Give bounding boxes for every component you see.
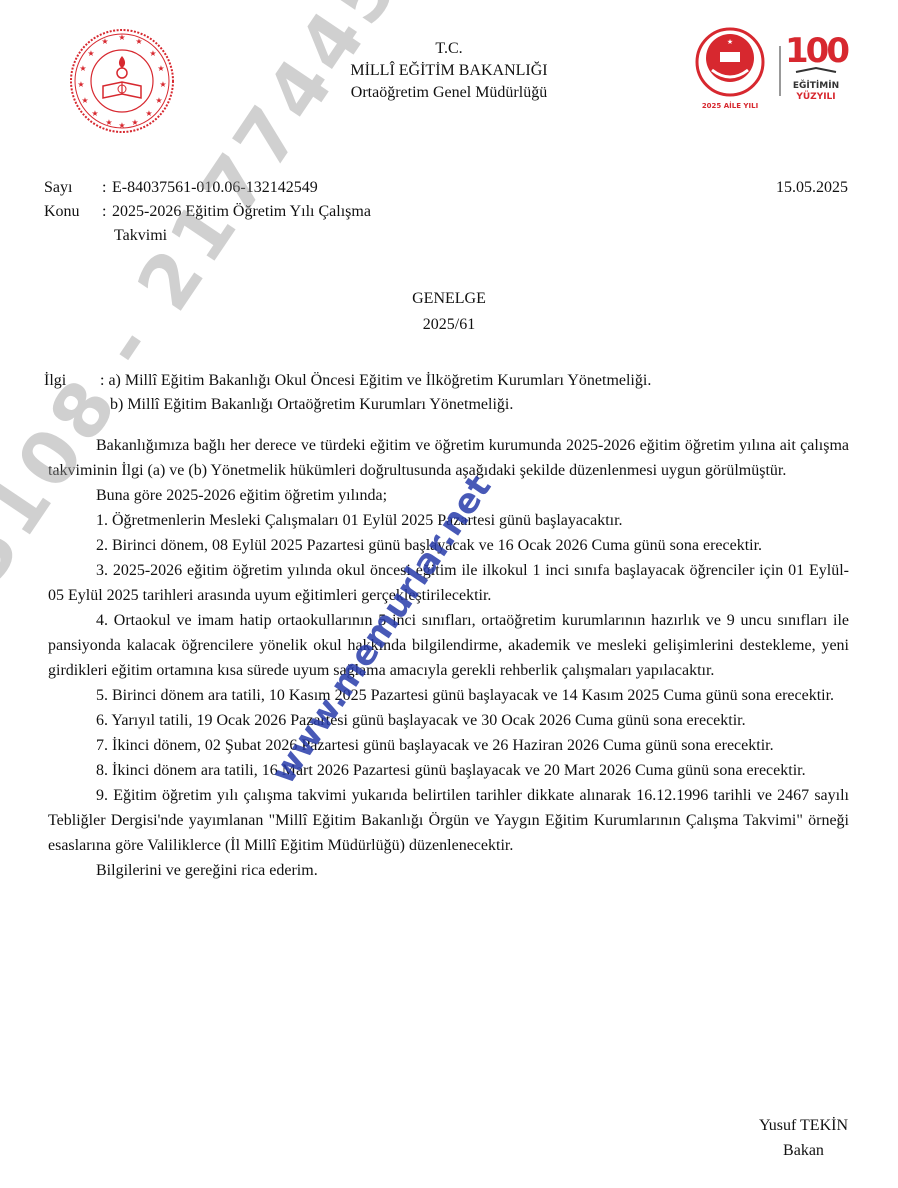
genelge-heading: GENELGE 2025/61 [0,286,898,338]
svg-text:★: ★ [91,109,98,118]
document-meta: Sayı:E-84037561-010.06-132142549 Konu:20… [44,176,371,248]
sayi-value: E-84037561-010.06-132142549 [112,179,318,196]
svg-text:★: ★ [131,118,138,127]
svg-text:2025 AİLE YILI: 2025 AİLE YILI [702,101,758,110]
svg-text:EĞİTİMİN: EĞİTİMİN [793,79,839,91]
ilgi-label: İlgi [44,369,100,393]
body-closing: Bilgilerini ve gereğini rica ederim. [48,858,849,883]
konu-label: Konu [44,200,102,224]
konu-row: Konu:2025-2026 Eğitim Öğretim Yılı Çalış… [44,200,371,224]
svg-text:YÜZYILI: YÜZYILI [795,91,835,102]
document-date: 15.05.2025 [776,176,848,200]
ilgi-a: a) Millî Eğitim Bakanlığı Okul Öncesi Eğ… [108,372,651,389]
body-paragraph-intro: Bakanlığımıza bağlı her derece ve türdek… [48,433,849,483]
body-item-7: 7. İkinci dönem, 02 Şubat 2026 Pazartesi… [48,733,849,758]
signatory-name: Yusuf TEKİN [759,1113,848,1138]
konu-value-line2: Takvimi [114,227,167,244]
ilgi-colon: : [100,372,104,389]
genelge-title: GENELGE [0,286,898,312]
svg-text:★: ★ [105,118,112,127]
sayi-label: Sayı [44,176,102,200]
svg-text:★: ★ [118,121,125,130]
svg-text:★: ★ [145,109,152,118]
ilgi-b: b) Millî Eğitim Bakanlığı Ortaöğretim Ku… [44,393,651,417]
konu-row-continued: Takvimi [44,224,371,248]
body-item-4: 4. Ortaokul ve imam hatip ortaokullarını… [48,608,849,683]
konu-value-line1: 2025-2026 Eğitim Öğretim Yılı Çalışma [112,203,371,220]
body-item-6: 6. Yarıyıl tatili, 19 Ocak 2026 Pazartes… [48,708,849,733]
body-item-1: 1. Öğretmenlerin Mesleki Çalışmaları 01 … [48,508,849,533]
body-item-9: 9. Eğitim öğretim yılı çalışma takvimi y… [48,783,849,858]
signature-block: Yusuf TEKİN Bakan [759,1113,848,1163]
svg-text:★: ★ [727,38,733,46]
body-item-8: 8. İkinci dönem ara tatili, 16 Mart 2026… [48,758,849,783]
sayi-colon: : [102,176,112,200]
svg-text:100: 100 [785,31,849,71]
body-item-5: 5. Birinci dönem ara tatili, 10 Kasım 20… [48,683,849,708]
document-page: ★ ★ ★ ★ ★ ★ ★ ★ ★ ★ ★ ★ ★ ★ ★ ★ T.C. MİL… [0,0,898,1188]
genelge-number: 2025/61 [0,312,898,338]
signatory-title: Bakan [759,1138,848,1163]
sayi-row: Sayı:E-84037561-010.06-132142549 [44,176,371,200]
body-item-3: 3. 2025-2026 eğitim öğretim yılında okul… [48,558,849,608]
document-body: Bakanlığımıza bağlı her derece ve türdek… [48,433,849,883]
ilgi-section: İlgi: a) Millî Eğitim Bakanlığı Okul Önc… [44,369,651,417]
konu-colon: : [102,200,112,224]
body-item-2: 2. Birinci dönem, 08 Eylül 2025 Pazartes… [48,533,849,558]
body-paragraph-buna-gore: Buna göre 2025-2026 eğitim öğretim yılın… [48,483,849,508]
aile-yili-and-egitimin-yuzyili-logos-icon: ★ 2025 AİLE YILI 100 EĞİTİMİN YÜZYILI [692,26,852,116]
